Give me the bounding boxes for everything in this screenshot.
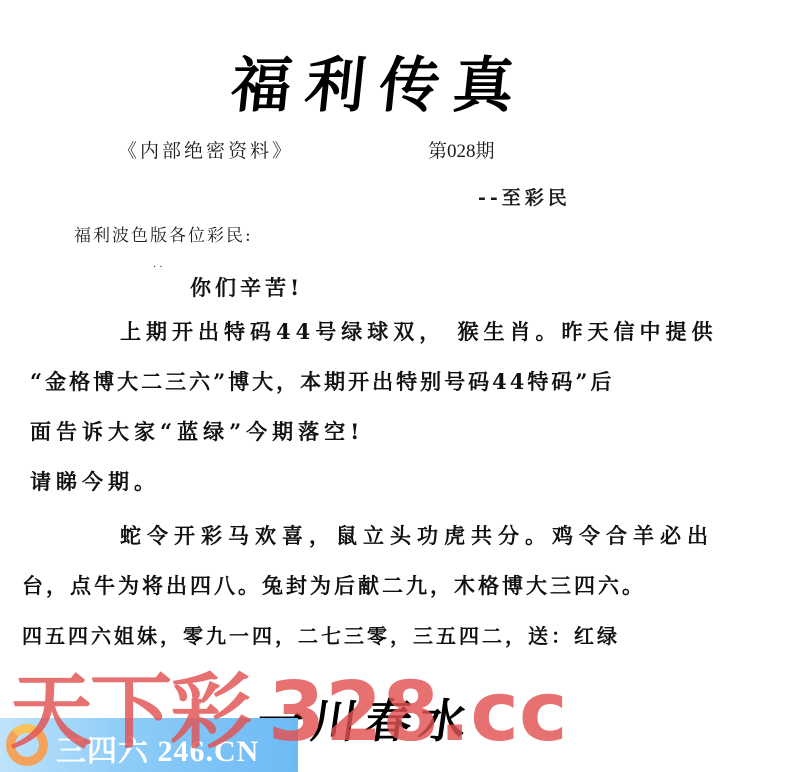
- greeting: 福利波色版各位彩民:: [74, 221, 253, 246]
- watermark-site-number: 328.cc: [268, 665, 568, 760]
- body-line-2: “金格博大二三六”博大，本期开出特别号码44特码”后: [30, 366, 614, 396]
- body-line-3: 面告诉大家“蓝绿”今期落空!: [30, 416, 364, 446]
- issue-number: 第028期: [428, 136, 495, 163]
- document-title: 福利传真: [227, 38, 532, 124]
- body-line-1: 上期开出特码44号绿球双， 猴生肖。昨天信中提供: [120, 316, 718, 346]
- body-line-4: 请睇今期。: [30, 466, 160, 496]
- salutation: 你们辛苦!: [190, 272, 303, 302]
- body-line-5: 蛇令开彩马欢喜，鼠立头功虎共分。鸡令合羊必出: [120, 520, 714, 550]
- watermark-site-logo: 天下彩328.cc: [10, 672, 568, 754]
- decorative-dots: · ·: [153, 262, 163, 273]
- body-line-7: 四五四六姐妹，零九一四，二七三零，三五四二，送：红绿: [22, 620, 620, 649]
- watermark-site-text: 天下彩: [10, 665, 250, 760]
- body-line-6: 台，点牛为将出四八。兔封为后献二九，木格博大三四六。: [22, 570, 646, 600]
- signature: --至彩民: [478, 183, 571, 210]
- classification-label: 《内部绝密资料》: [118, 136, 294, 163]
